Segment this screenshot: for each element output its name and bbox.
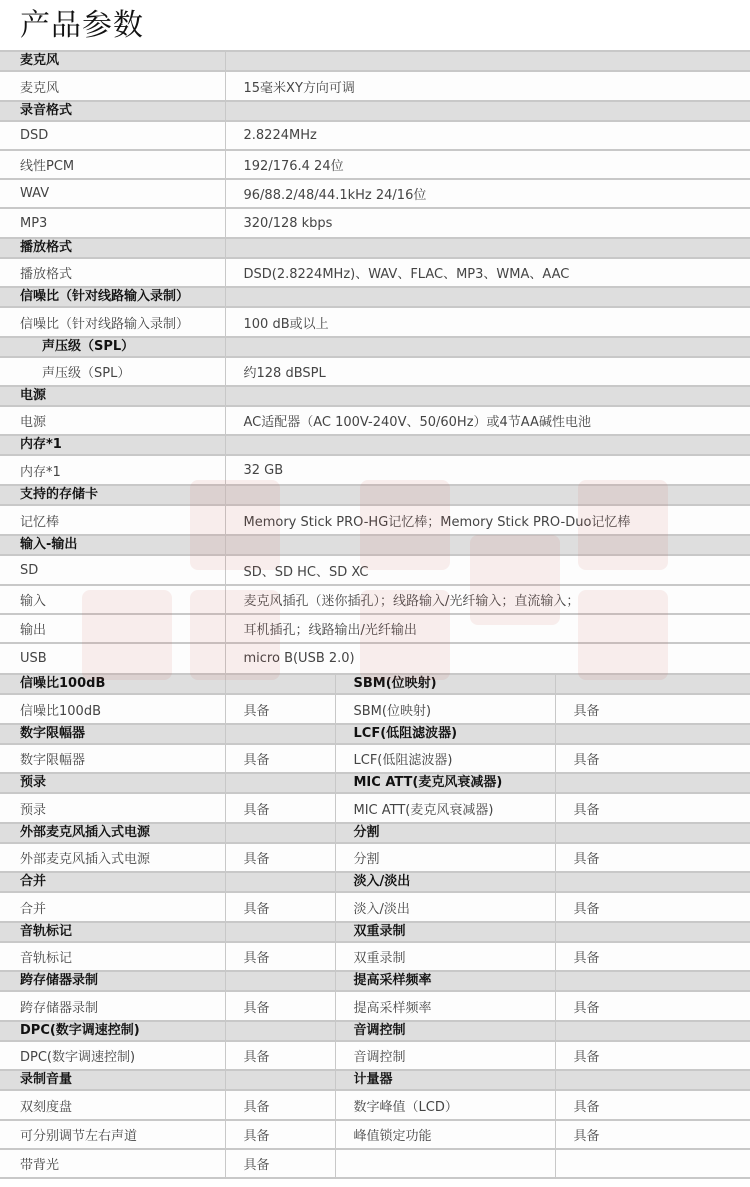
feature-label: 音调控制 xyxy=(335,1041,555,1070)
section-header: 信噪比100dBSBM(位映射) xyxy=(0,674,750,694)
spec-value: 192/176.4 24位 xyxy=(225,150,750,179)
spec-row: MP3320/128 kbps xyxy=(0,208,750,238)
spec-row: WAV96/88.2/48/44.1kHz 24/16位 xyxy=(0,179,750,208)
spec-label: MP3 xyxy=(0,208,225,238)
left-header-label: 外部麦克风插入式电源 xyxy=(0,823,225,843)
section-header: DPC(数字调速控制)音调控制 xyxy=(0,1021,750,1041)
feature-value: 具备 xyxy=(225,942,335,971)
feature-label: 信噪比100dB xyxy=(0,694,225,724)
section-header: 电源 xyxy=(0,386,750,406)
feature-label: 数字峰值（LCD） xyxy=(335,1090,555,1120)
feature-row: DPC(数字调速控制)具备音调控制具备 xyxy=(0,1041,750,1070)
feature-value: 具备 xyxy=(555,1090,750,1120)
feature-value: 具备 xyxy=(225,1090,335,1120)
spec-value: SD、SD HC、SD XC xyxy=(225,555,750,585)
spec-value: 麦克风插孔（迷你插孔）；线路输入/光纤输入；直流输入； xyxy=(225,585,750,614)
left-header-label: 跨存储器录制 xyxy=(0,971,225,991)
section-header: 预录MIC ATT(麦克风衰减器) xyxy=(0,773,750,793)
spec-table-four-col: 信噪比100dBSBM(位映射) 信噪比100dB具备SBM(位映射)具备 数字… xyxy=(0,673,750,1179)
feature-label: 分割 xyxy=(335,843,555,872)
feature-value: 具备 xyxy=(225,793,335,823)
section-header-label: 录音格式 xyxy=(0,101,225,121)
feature-value: 具备 xyxy=(225,694,335,724)
spec-label: 输入 xyxy=(0,585,225,614)
left-header-label: 信噪比100dB xyxy=(0,674,225,694)
section-header: 录音格式 xyxy=(0,101,750,121)
right-header-label: SBM(位映射) xyxy=(335,674,555,694)
feature-value: 具备 xyxy=(225,1041,335,1070)
spec-row: 电源AC适配器（AC 100V-240V、50/60Hz）或4节AA碱性电池 xyxy=(0,406,750,435)
spec-label: SD xyxy=(0,555,225,585)
right-header-label: 淡入/淡出 xyxy=(335,872,555,892)
spec-row: DSD2.8224MHz xyxy=(0,121,750,150)
feature-label: 可分别调节左右声道 xyxy=(0,1120,225,1149)
section-header: 输入-输出 xyxy=(0,535,750,555)
spec-value: 2.8224MHz xyxy=(225,121,750,150)
feature-value: 具备 xyxy=(555,1041,750,1070)
feature-row: 合并具备淡入/淡出具备 xyxy=(0,892,750,922)
feature-label: 双刻度盘 xyxy=(0,1090,225,1120)
spec-row: 线性PCM192/176.4 24位 xyxy=(0,150,750,179)
feature-label: 峰值锁定功能 xyxy=(335,1120,555,1149)
feature-label: 预录 xyxy=(0,793,225,823)
right-header-label: 双重录制 xyxy=(335,922,555,942)
left-header-label: DPC(数字调速控制) xyxy=(0,1021,225,1041)
spec-label: 电源 xyxy=(0,406,225,435)
section-header: 播放格式 xyxy=(0,238,750,258)
section-header: 麦克风 xyxy=(0,51,750,71)
feature-value: 具备 xyxy=(555,793,750,823)
spec-value: 96/88.2/48/44.1kHz 24/16位 xyxy=(225,179,750,208)
feature-row: 信噪比100dB具备SBM(位映射)具备 xyxy=(0,694,750,724)
feature-value: 具备 xyxy=(225,1120,335,1149)
right-header-label: MIC ATT(麦克风衰减器) xyxy=(335,773,555,793)
feature-row: 带背光具备 xyxy=(0,1149,750,1178)
spec-label: 输出 xyxy=(0,614,225,643)
section-header-label: 电源 xyxy=(0,386,225,406)
feature-label: SBM(位映射) xyxy=(335,694,555,724)
spec-value: DSD(2.8224MHz)、WAV、FLAC、MP3、WMA、AAC xyxy=(225,258,750,287)
spec-label: USB xyxy=(0,643,225,673)
right-header-label: 计量器 xyxy=(335,1070,555,1090)
spec-value: 耳机插孔；线路输出/光纤输出 xyxy=(225,614,750,643)
spec-row: 输入麦克风插孔（迷你插孔）；线路输入/光纤输入；直流输入； xyxy=(0,585,750,614)
section-header-label: 声压级（SPL） xyxy=(0,337,225,357)
feature-row: 数字限幅器具备LCF(低阻滤波器)具备 xyxy=(0,744,750,773)
section-header: 信噪比（针对线路输入录制） xyxy=(0,287,750,307)
spec-value: micro B(USB 2.0) xyxy=(225,643,750,673)
spec-row: 播放格式DSD(2.8224MHz)、WAV、FLAC、MP3、WMA、AAC xyxy=(0,258,750,287)
right-header-label: 分割 xyxy=(335,823,555,843)
feature-label: 数字限幅器 xyxy=(0,744,225,773)
spec-label: 播放格式 xyxy=(0,258,225,287)
section-header: 数字限幅器LCF(低阻滤波器) xyxy=(0,724,750,744)
spec-row: 记忆棒Memory Stick PRO-HG记忆棒；Memory Stick P… xyxy=(0,505,750,535)
section-header-label: 支持的存储卡 xyxy=(0,485,225,505)
feature-value: 具备 xyxy=(555,843,750,872)
spec-row: 内存*132 GB xyxy=(0,455,750,485)
right-header-label: 提高采样频率 xyxy=(335,971,555,991)
spec-value: AC适配器（AC 100V-240V、50/60Hz）或4节AA碱性电池 xyxy=(225,406,750,435)
spec-value: 320/128 kbps xyxy=(225,208,750,238)
feature-label: MIC ATT(麦克风衰减器) xyxy=(335,793,555,823)
spec-table-two-col: 麦克风 麦克风15毫米XY方向可调 录音格式 DSD2.8224MHz 线性PC… xyxy=(0,50,750,673)
spec-label: 麦克风 xyxy=(0,71,225,101)
spec-value: Memory Stick PRO-HG记忆棒；Memory Stick PRO-… xyxy=(225,505,750,535)
spec-value: 100 dB或以上 xyxy=(225,307,750,337)
section-header: 支持的存储卡 xyxy=(0,485,750,505)
left-header-label: 录制音量 xyxy=(0,1070,225,1090)
spec-row: 输出耳机插孔；线路输出/光纤输出 xyxy=(0,614,750,643)
spec-row: SDSD、SD HC、SD XC xyxy=(0,555,750,585)
feature-value: 具备 xyxy=(555,991,750,1021)
feature-value: 具备 xyxy=(555,1120,750,1149)
spec-label: 记忆棒 xyxy=(0,505,225,535)
right-header-label: 音调控制 xyxy=(335,1021,555,1041)
feature-label: LCF(低阻滤波器) xyxy=(335,744,555,773)
spec-label: 内存*1 xyxy=(0,455,225,485)
feature-label: 淡入/淡出 xyxy=(335,892,555,922)
section-header: 合并淡入/淡出 xyxy=(0,872,750,892)
spec-label: 声压级（SPL） xyxy=(0,357,225,386)
feature-value: 具备 xyxy=(225,744,335,773)
left-header-label: 预录 xyxy=(0,773,225,793)
section-header: 内存*1 xyxy=(0,435,750,455)
spec-row: 信噪比（针对线路输入录制）100 dB或以上 xyxy=(0,307,750,337)
section-header: 录制音量计量器 xyxy=(0,1070,750,1090)
feature-row: 跨存储器录制具备提高采样频率具备 xyxy=(0,991,750,1021)
section-header: 外部麦克风插入式电源分割 xyxy=(0,823,750,843)
feature-label xyxy=(335,1149,555,1178)
section-header-label: 播放格式 xyxy=(0,238,225,258)
section-header: 声压级（SPL） xyxy=(0,337,750,357)
feature-value: 具备 xyxy=(225,991,335,1021)
spec-row: 麦克风15毫米XY方向可调 xyxy=(0,71,750,101)
feature-row: 双刻度盘具备数字峰值（LCD）具备 xyxy=(0,1090,750,1120)
feature-value: 具备 xyxy=(555,694,750,724)
section-header-label: 麦克风 xyxy=(0,51,225,71)
section-header: 音轨标记双重录制 xyxy=(0,922,750,942)
section-header-label: 输入-输出 xyxy=(0,535,225,555)
spec-value: 32 GB xyxy=(225,455,750,485)
spec-row: USBmicro B(USB 2.0) xyxy=(0,643,750,673)
feature-label: 合并 xyxy=(0,892,225,922)
spec-label: 信噪比（针对线路输入录制） xyxy=(0,307,225,337)
feature-row: 可分别调节左右声道具备峰值锁定功能具备 xyxy=(0,1120,750,1149)
feature-row: 外部麦克风插入式电源具备分割具备 xyxy=(0,843,750,872)
feature-value: 具备 xyxy=(225,1149,335,1178)
spec-value: 15毫米XY方向可调 xyxy=(225,71,750,101)
spec-label: DSD xyxy=(0,121,225,150)
feature-row: 预录具备MIC ATT(麦克风衰减器)具备 xyxy=(0,793,750,823)
feature-value: 具备 xyxy=(555,744,750,773)
section-header-label: 内存*1 xyxy=(0,435,225,455)
spec-row: 声压级（SPL）约128 dBSPL xyxy=(0,357,750,386)
feature-label: 外部麦克风插入式电源 xyxy=(0,843,225,872)
feature-label: DPC(数字调速控制) xyxy=(0,1041,225,1070)
page-title: 产品参数 xyxy=(0,0,750,50)
section-header: 跨存储器录制提高采样频率 xyxy=(0,971,750,991)
spec-value: 约128 dBSPL xyxy=(225,357,750,386)
spec-label: WAV xyxy=(0,179,225,208)
feature-value: 具备 xyxy=(555,942,750,971)
left-header-label: 合并 xyxy=(0,872,225,892)
left-header-label: 数字限幅器 xyxy=(0,724,225,744)
feature-label: 跨存储器录制 xyxy=(0,991,225,1021)
feature-label: 音轨标记 xyxy=(0,942,225,971)
feature-value: 具备 xyxy=(555,892,750,922)
feature-value: 具备 xyxy=(225,892,335,922)
feature-label: 提高采样频率 xyxy=(335,991,555,1021)
feature-row: 音轨标记具备双重录制具备 xyxy=(0,942,750,971)
spec-label: 线性PCM xyxy=(0,150,225,179)
section-header-label: 信噪比（针对线路输入录制） xyxy=(0,287,225,307)
left-header-label: 音轨标记 xyxy=(0,922,225,942)
feature-label: 双重录制 xyxy=(335,942,555,971)
feature-label: 带背光 xyxy=(0,1149,225,1178)
right-header-label: LCF(低阻滤波器) xyxy=(335,724,555,744)
feature-value: 具备 xyxy=(225,843,335,872)
feature-value xyxy=(555,1149,750,1178)
